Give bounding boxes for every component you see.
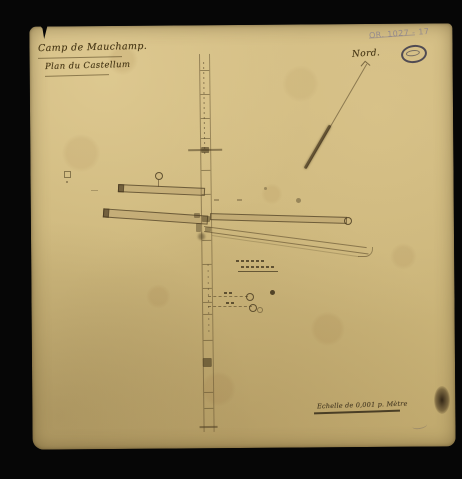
- center-annotation-underline: [238, 271, 278, 272]
- castellum-structure: [194, 213, 200, 218]
- isolated-feature-dot: [66, 181, 68, 183]
- leader-line: [208, 306, 252, 307]
- survey-point-circle: [155, 172, 163, 180]
- castellum-structure: [205, 227, 211, 232]
- road-end-mark: [200, 426, 218, 428]
- road-tick: [200, 70, 209, 71]
- north-label: Nord.: [352, 48, 381, 59]
- castellum-smudge: [198, 233, 205, 240]
- edge-damage-blotch: [434, 386, 450, 414]
- road-tick: [204, 408, 213, 409]
- well-circle: [246, 293, 254, 301]
- center-annotation-scribble: [241, 266, 275, 268]
- rampart-end-cap: [103, 208, 110, 217]
- road-tick: [201, 138, 210, 139]
- castellum-structure: [196, 223, 201, 232]
- road-tick: [200, 94, 209, 95]
- rampart-terminal-circle: [344, 217, 352, 225]
- road-tick: [203, 302, 212, 303]
- leader-label-scribble: [226, 302, 236, 304]
- road-tick: [204, 392, 213, 393]
- road-annotation-script: [203, 62, 205, 157]
- well-circle-small: [257, 307, 263, 313]
- road-tick: [203, 288, 212, 289]
- road-tick: [203, 314, 212, 315]
- road-annotation-script: [208, 264, 210, 334]
- road-tick: [203, 340, 212, 341]
- center-annotation-scribble: [236, 260, 264, 262]
- road-structure-mark: [201, 147, 209, 153]
- small-mark: [91, 190, 98, 191]
- well-dot-filled: [270, 290, 275, 295]
- castellum-structure: [202, 216, 210, 222]
- road-structure-mark: [203, 358, 212, 367]
- leader-line: [208, 296, 248, 297]
- road-tick: [201, 118, 210, 119]
- road-tick: [202, 240, 211, 241]
- survey-point-stem: [158, 179, 159, 187]
- library-stamp-inner-ring: [406, 49, 421, 57]
- alignment-dash: [214, 199, 219, 201]
- well-circle: [249, 304, 257, 312]
- rampart-end-cap: [118, 184, 124, 192]
- alignment-dash: [237, 199, 242, 201]
- map-title: Camp de Mauchamp.: [38, 41, 148, 54]
- scanned-plan-image: Camp de Mauchamp. Plan du Castellum OR. …: [0, 0, 462, 479]
- alignment-dot: [264, 187, 267, 190]
- alignment-blob: [296, 198, 301, 203]
- isolated-feature-square: [64, 171, 71, 178]
- road-tick: [201, 170, 210, 171]
- road-tick: [203, 264, 212, 265]
- leader-label-scribble: [224, 292, 234, 294]
